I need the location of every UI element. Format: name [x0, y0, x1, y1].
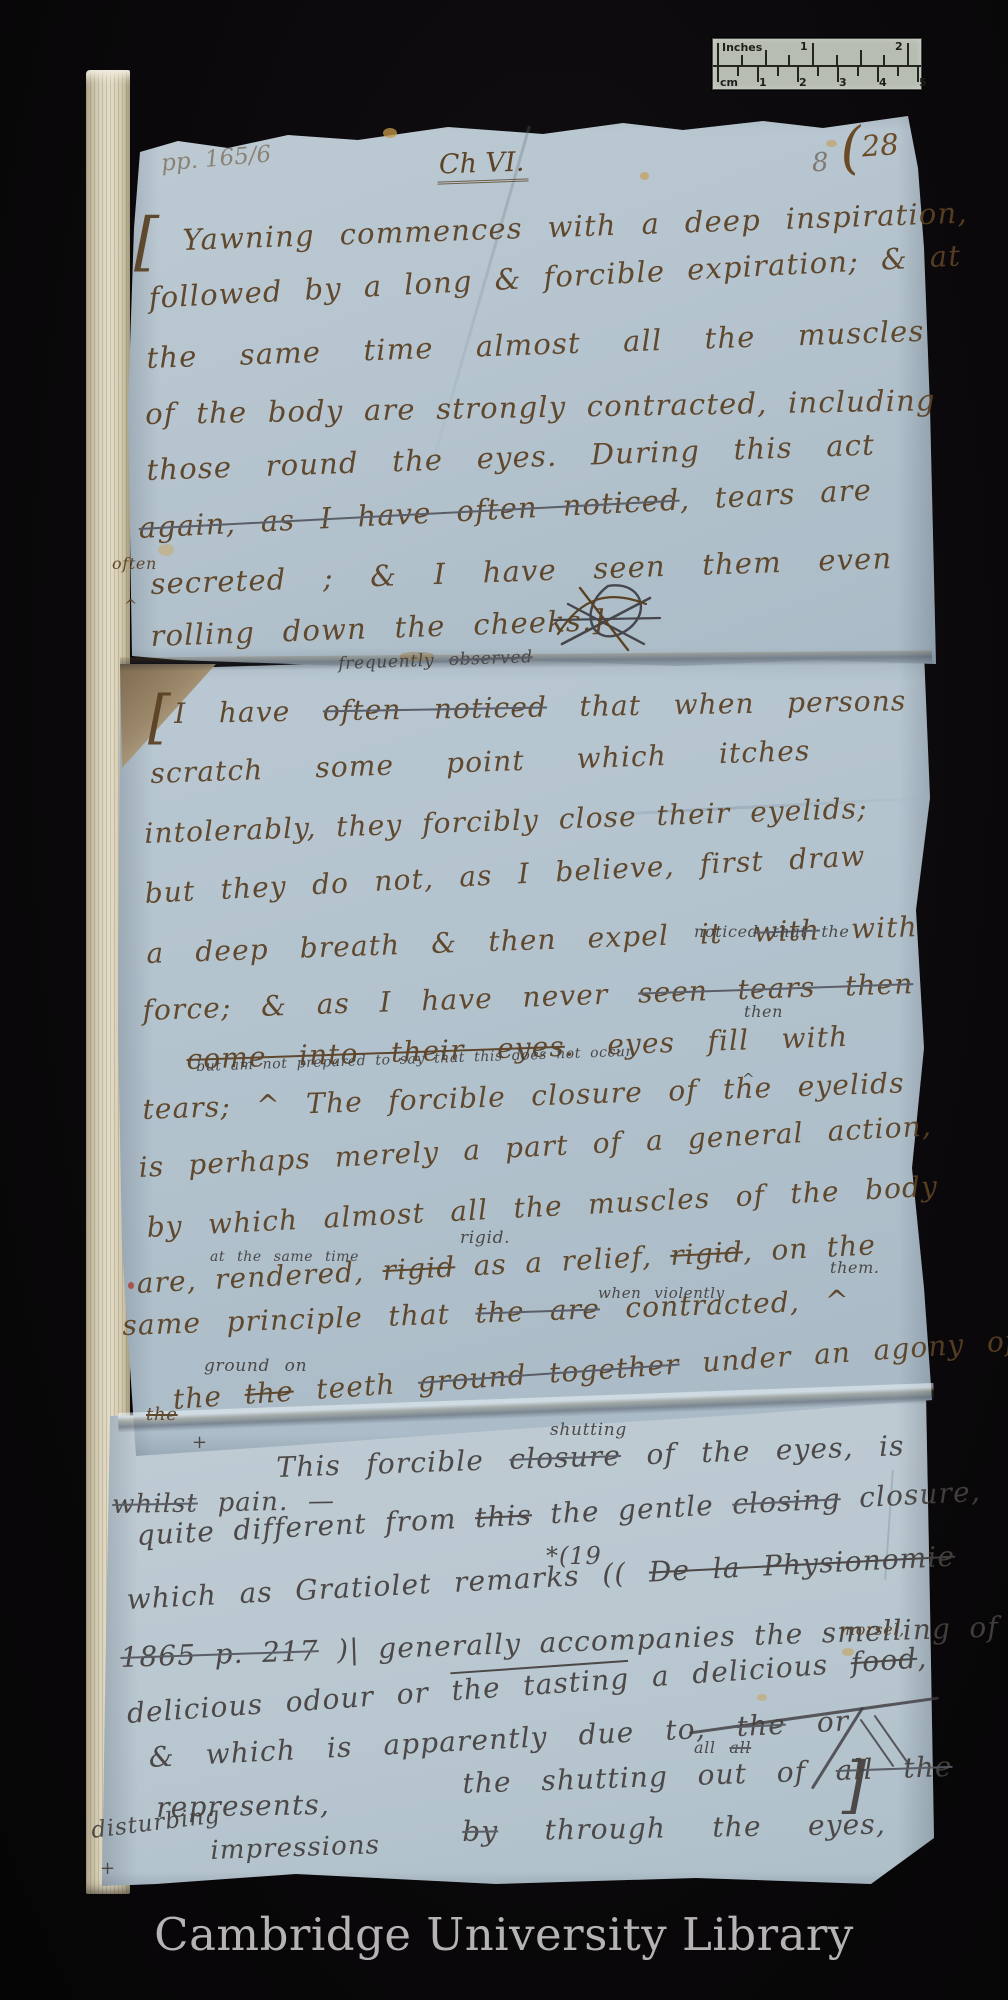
ruler-tick	[860, 50, 862, 65]
handwriting-line: This forcible closure of the eyes, is	[276, 1432, 905, 1482]
handwriting-line: them.	[830, 1260, 880, 1276]
ruler-inch-label: 1	[800, 41, 808, 52]
handwriting-line: ^	[124, 598, 138, 614]
handwriting-line: the same time almost all the muscles	[146, 317, 925, 373]
handwriting-text: rigid.	[460, 1228, 510, 1248]
ruler-inches-unit-label: Inches	[722, 42, 762, 53]
handwriting-text: or	[785, 1704, 850, 1740]
handwriting-line: disturbing	[90, 1804, 222, 1843]
handwriting-text: the shutting out of	[462, 1754, 836, 1800]
handwriting-text: that when persons	[547, 684, 907, 723]
handwriting-text: secreted ; & I have seen them even	[150, 541, 893, 601]
ruler-tick	[717, 43, 719, 65]
ruler-cm-label: 4	[879, 77, 887, 88]
handwriting-strikeg: whilst	[112, 1489, 198, 1520]
handwriting-line: force; & as I have never seen tears then	[142, 970, 914, 1025]
handwriting-line: rigid.	[460, 1230, 510, 1247]
ruler-cm-label: 1	[759, 77, 767, 88]
ruler-tick	[717, 67, 719, 82]
handwriting-layer: [Yawning commences with a deep inspirati…	[0, 0, 1008, 2000]
handwriting-strikeg: closing	[731, 1482, 841, 1521]
chapter-heading: Ch VI.	[436, 148, 528, 184]
library-watermark: Cambridge University Library	[0, 1908, 1008, 1961]
ruler-tick	[812, 43, 814, 65]
bracket-close: ]	[842, 1754, 869, 1816]
handwriting-text: the same time almost all the muscles	[146, 314, 925, 375]
handwriting-line: the shutting out of all the	[462, 1753, 953, 1798]
handwriting-line: scratch some point which itches	[150, 737, 811, 788]
bracket-open-1: [	[134, 210, 162, 274]
handwriting-strikeg: observed	[448, 647, 533, 670]
ruler-cm-scale: cm 12345	[713, 67, 921, 89]
ruler-cm-label: 5	[919, 77, 927, 88]
handwriting-text: then	[744, 1002, 783, 1021]
handwriting-line: frequently observed	[338, 649, 533, 673]
handwriting-line: those round the eyes. During this act	[146, 431, 875, 485]
handwriting-line: shutting	[550, 1422, 627, 1439]
handwriting-strikeg: often noticed	[323, 690, 548, 727]
ruler-cm-label: 2	[799, 77, 807, 88]
handwriting-text: force; & as I have never	[142, 977, 639, 1027]
handwriting-text: of the eyes, is	[620, 1429, 905, 1472]
handwriting-text: a deep breath & then expel it	[146, 916, 754, 970]
ruler-tick	[737, 67, 739, 76]
handwriting-text: ground on	[204, 1356, 307, 1376]
handwriting-text: all	[694, 1738, 729, 1757]
handwriting-line: which as Gratiolet remarks (( De la Phys…	[126, 1543, 956, 1614]
handwriting-text: [	[134, 205, 162, 279]
handwriting-text: closure,	[840, 1475, 982, 1515]
handwriting-line: then	[744, 1004, 783, 1020]
handwriting-text: scratch some point which itches	[150, 734, 811, 790]
handwriting-ov: the tasting	[450, 1662, 630, 1707]
page-number-ink: ( 28	[839, 124, 901, 173]
ruler-tick	[857, 67, 859, 76]
ruler-tick	[883, 55, 885, 65]
handwriting-text: noticed that the	[694, 922, 849, 941]
handwriting-text: morsel,	[840, 1620, 905, 1639]
handwriting-strike: rigid	[669, 1235, 743, 1272]
handwriting-line: but they do not, as I believe, first dra…	[144, 842, 866, 908]
handwriting-line: morsel,	[840, 1622, 905, 1638]
handwriting-strikeg: 1865 p. 217	[120, 1634, 319, 1674]
handwriting-text: of the body are strongly contracted, inc…	[145, 383, 936, 431]
handwriting-line: intolerably, they forcibly close their e…	[144, 795, 868, 848]
handwriting-text: the gentle	[531, 1488, 733, 1531]
handwriting-line: again, as I have often noticed, tears ar…	[138, 476, 873, 543]
ruler-tick	[765, 50, 767, 65]
handwriting-text: under an agony of	[678, 1324, 1008, 1380]
shelfmark-number: 28	[861, 130, 900, 162]
handwriting-text: frequently	[338, 650, 449, 674]
ruler-tick	[907, 43, 909, 65]
handwriting-line: +	[192, 1434, 208, 1452]
handwriting-text: I have	[174, 694, 323, 730]
ruler-tick	[836, 55, 838, 65]
handwriting-text: impressions	[210, 1830, 381, 1866]
handwriting-text: shutting	[550, 1420, 627, 1440]
handwriting-strikeg: ground together	[417, 1348, 681, 1399]
handwriting-strike: De la Physionomie	[648, 1540, 956, 1589]
handwriting-text: , tears are	[679, 473, 873, 517]
handwriting-line: ground on	[204, 1358, 307, 1375]
handwriting-strike: this	[474, 1498, 533, 1534]
bracket-open-2: [	[148, 688, 173, 746]
handwriting-line: all all	[694, 1740, 751, 1756]
handwriting-strike: the	[243, 1375, 294, 1411]
handwriting-text: rolling down the cheeks.]	[150, 603, 605, 653]
handwriting-strike: rigid	[382, 1250, 456, 1287]
shelfmark-paren: (	[839, 127, 864, 173]
ruler: Inches 12 cm 12345	[712, 38, 922, 90]
handwriting-text: which as Gratiolet remarks ((	[126, 1556, 650, 1616]
handwriting-text: +	[100, 1858, 116, 1879]
page-number-pencil: 8	[811, 150, 829, 177]
handwriting-text: [	[148, 683, 173, 751]
handwriting-text: ,	[916, 1641, 928, 1675]
handwriting-text: the	[172, 1378, 246, 1416]
handwriting-line: I have often noticed that when persons	[174, 687, 907, 728]
ruler-tick	[897, 67, 899, 76]
ruler-cm-label: 3	[839, 77, 847, 88]
handwriting-text: but they do not, as I believe, first dra…	[144, 839, 866, 910]
ruler-inches-scale: Inches 12	[713, 39, 921, 67]
handwriting-text: This forcible	[276, 1443, 510, 1484]
handwriting-text: intolerably, they forcibly close their e…	[144, 792, 868, 850]
handwriting-strikeg: all	[729, 1738, 751, 1757]
handwriting-text: teeth	[293, 1366, 420, 1408]
handwriting-text: +	[192, 1432, 208, 1453]
handwriting-text: are, rendered,	[136, 1254, 384, 1300]
handwriting-text: same principle that	[122, 1297, 476, 1342]
handwriting-strikeg: closure	[509, 1439, 622, 1476]
handwriting-text: delicious odour or	[126, 1674, 453, 1730]
handwriting-strikeg: the are	[475, 1292, 601, 1329]
handwriting-line: impressions	[210, 1832, 380, 1864]
handwriting-line: +	[100, 1860, 116, 1878]
handwriting-text: through the eyes,	[498, 1808, 886, 1848]
handwriting-text: ]	[842, 1748, 869, 1821]
ruler-tick	[777, 67, 779, 76]
handwriting-line: secreted ; & I have seen them even	[150, 544, 893, 599]
ruler-inch-label: 2	[895, 41, 903, 52]
ruler-tick	[817, 67, 819, 76]
handwriting-line: by through the eyes,	[462, 1811, 886, 1846]
ruler-tick	[741, 55, 743, 65]
handwriting-line: rolling down the cheeks.]	[150, 606, 605, 651]
handwriting-strike: food	[850, 1642, 919, 1680]
handwriting-line: noticed that the	[694, 924, 849, 940]
handwriting-strikeg: again, as I have often noticed	[138, 483, 681, 545]
handwriting-text: them.	[830, 1258, 880, 1277]
handwriting-line: is perhaps merely a part of a general ac…	[138, 1112, 932, 1182]
handwriting-strikeg: by	[462, 1814, 499, 1848]
handwriting-text: ^	[124, 596, 138, 615]
ruler-tick	[788, 55, 790, 65]
photograph-stage: [Yawning commences with a deep inspirati…	[0, 0, 1008, 2000]
ruler-cm-unit-label: cm	[720, 77, 738, 88]
handwriting-line: of the body are strongly contracted, inc…	[145, 386, 936, 429]
